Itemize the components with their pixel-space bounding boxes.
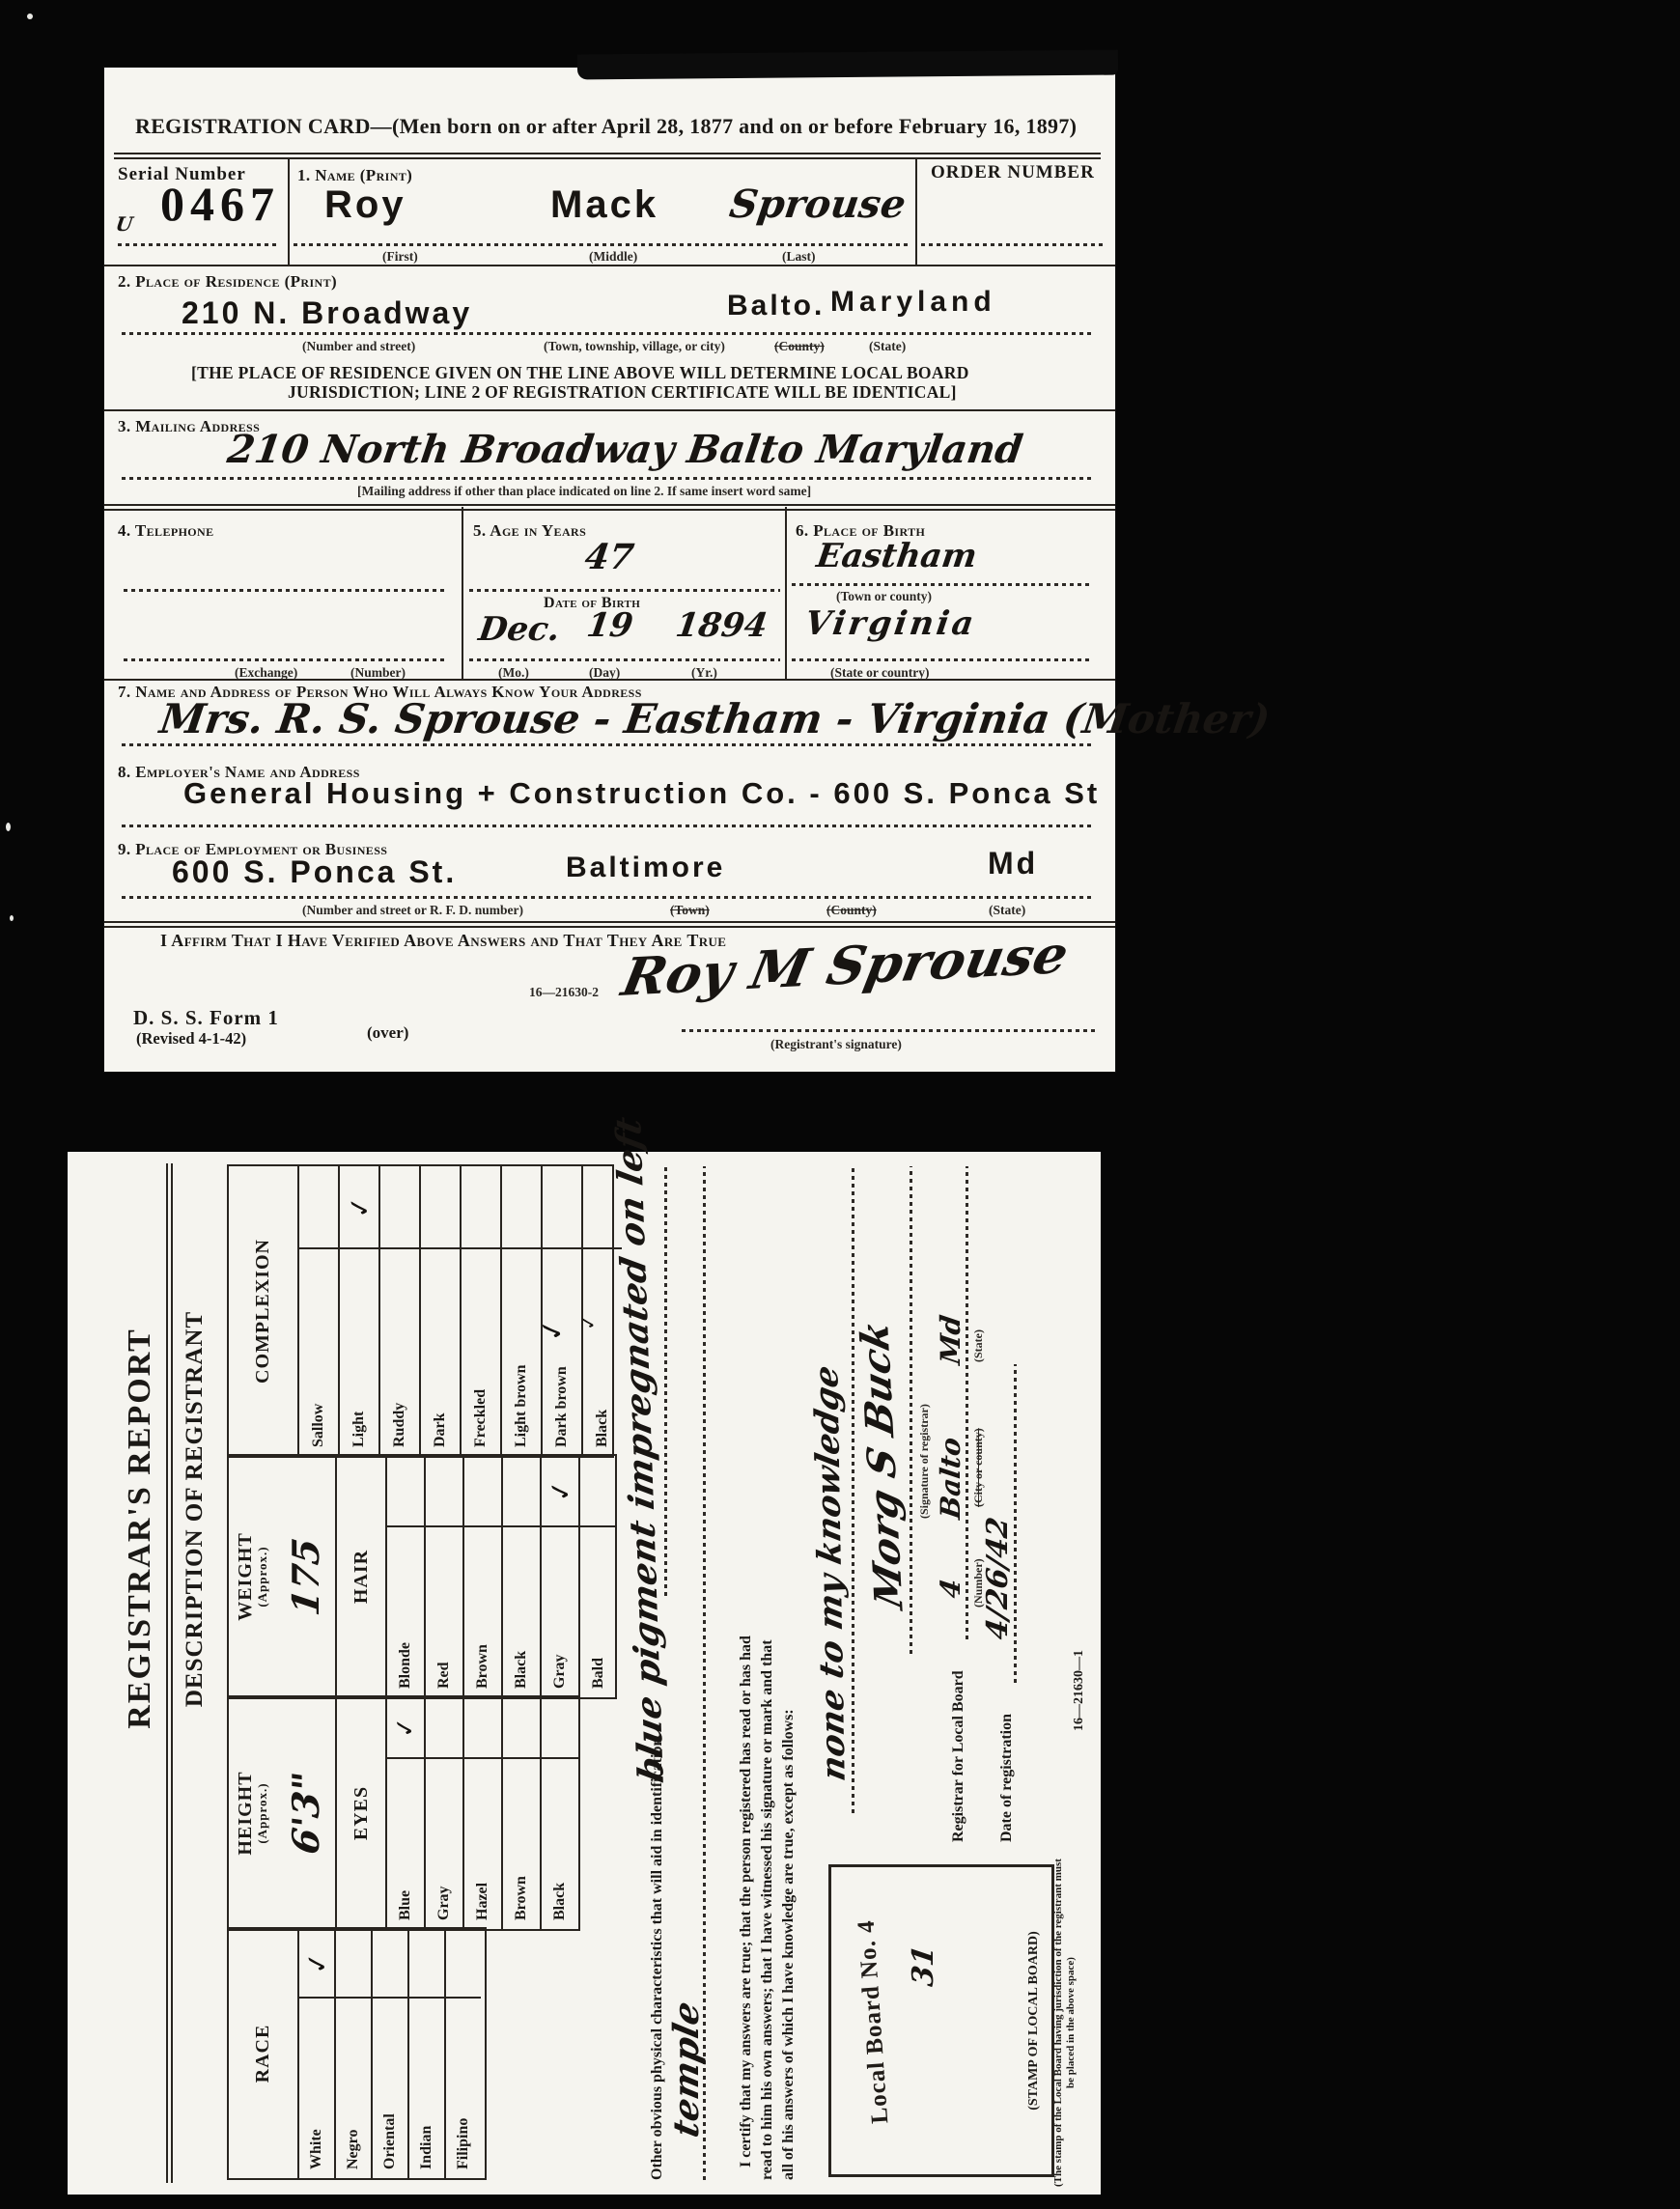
eyes-check-cell (503, 1697, 540, 1759)
eyes-option: Hazel (464, 1759, 501, 1929)
residence-line (122, 332, 1093, 335)
telephone-label: 4. Telephone (118, 521, 214, 541)
residence-state-value: Maryland (830, 286, 996, 319)
complexion-option: Dark (421, 1249, 460, 1456)
registration-card-back-wrapper: REGISTRAR'S REPORT DESCRIPTION OF REGIST… (68, 1152, 1101, 2195)
print-code: 16—21630-2 (529, 985, 599, 1000)
employer-line (122, 825, 1093, 827)
checkmark-icon: ✓ (390, 1716, 421, 1740)
scan-tear-artifact (577, 50, 1118, 80)
card-header: REGISTRATION CARD—(Men born on or after … (135, 114, 1077, 139)
employment-line (122, 896, 1093, 899)
name-line (294, 243, 910, 246)
dob-month-value: Dec. (476, 610, 562, 649)
signature-line (682, 1029, 1095, 1032)
race-check-cell (446, 1929, 481, 1999)
hair-option: Red (426, 1527, 462, 1697)
height-approx: (Approx.) (256, 1782, 269, 1843)
board-state-value: Md (935, 1313, 966, 1366)
checkmark-icon: ✓ (342, 1193, 377, 1220)
header-rule (114, 153, 1101, 159)
age-value: 47 (582, 537, 636, 577)
mailing-line (122, 477, 1093, 480)
stamp-of-local-board-label: (STAMP OF LOCAL BOARD) (1026, 1867, 1042, 2174)
dob-year-value: 1894 (673, 606, 770, 645)
complexion-check-cell (543, 1166, 581, 1249)
complexion-check-cell (299, 1166, 338, 1249)
local-board-stamp-text: Local Board No. 4 (851, 1878, 898, 2165)
eyes-header: EYES (335, 1697, 385, 1929)
complexion-check-cell (380, 1166, 419, 1249)
board-line-label: Registrar for Local Board (948, 1670, 969, 1842)
form-id: D. S. S. Form 1 (133, 1006, 279, 1030)
hair-header: HAIR (335, 1456, 385, 1697)
stamp-caption: (The stamp of the Local Board having jur… (1052, 1859, 1077, 2187)
weight-hair-column: WEIGHT (Approx.) 175 HAIR Blonde Red Bro… (227, 1454, 617, 1699)
checkmark-icon: ✓ (299, 1949, 334, 1976)
divider (785, 507, 787, 679)
section-rule (104, 921, 1115, 928)
divider (288, 159, 290, 266)
serial-line (118, 243, 280, 246)
complexion-check-cell (502, 1166, 541, 1249)
sub-town-or-county: (Town or county) (836, 589, 932, 604)
hair-check-cell (387, 1456, 424, 1527)
characteristics-line-1 (664, 1166, 667, 1596)
form-revision: (Revised 4-1-42) (136, 1029, 246, 1049)
race-option: Filipino (446, 1999, 481, 2178)
weight-header: WEIGHT (Approx.) (229, 1456, 275, 1697)
stamp-number: 31 (907, 1943, 940, 1989)
race-option: Negro (336, 1999, 371, 2178)
eyes-option: Blue (387, 1759, 424, 1929)
eyes-check-cell (464, 1697, 501, 1759)
checkmark-icon: ✓ (575, 1313, 601, 1331)
board-city-value: Balto (935, 1436, 966, 1522)
race-option: Oriental (373, 1999, 407, 2178)
residence-street-value: 210 N. Broadway (182, 295, 472, 331)
race-check-cell (373, 1929, 407, 1999)
eyes-check-cell: ✓ (387, 1697, 424, 1759)
complexion-option: Sallow (299, 1249, 338, 1456)
weight-value: 175 (284, 1535, 327, 1618)
height-value-cell: 6'3" (275, 1697, 335, 1929)
race-column: RACE White✓ Negro Oriental Indian Filipi… (227, 1927, 487, 2180)
hair-option: Black (503, 1527, 540, 1697)
sub-number-street: (Number and street) (302, 339, 415, 354)
height-header: HEIGHT (Approx.) (229, 1697, 275, 1929)
dob-line (469, 658, 780, 661)
section-rule (104, 504, 1115, 511)
employer-value: General Housing + Construction Co. - 600… (183, 776, 1100, 811)
complexion-option: Freckled (462, 1249, 500, 1456)
mailing-value: 210 North Broadway Balto Maryland (225, 427, 1025, 472)
report-subtitle: DESCRIPTION OF REGISTRANT (182, 1210, 209, 1808)
hair-check-cell (503, 1456, 540, 1527)
hair-option: Brown (464, 1527, 501, 1697)
date-line-label: Date of registration (996, 1714, 1018, 1842)
eyes-option: Gray (426, 1759, 462, 1929)
sub-county: (County) (774, 339, 825, 354)
employment-state-value: Md (988, 846, 1038, 881)
sub-middle: (Middle) (589, 249, 637, 265)
name-label: 1. Name (Print) (297, 166, 412, 185)
height-header-text: HEIGHT (236, 1771, 256, 1855)
birthplace-state-value: Virginia (802, 604, 979, 643)
jurisdiction-note-1: [THE PLACE OF RESIDENCE GIVEN ON THE LIN… (191, 363, 969, 383)
scan-speck (10, 915, 14, 921)
eyes-check-cell (426, 1697, 462, 1759)
registration-card-front: REGISTRATION CARD—(Men born on or after … (104, 68, 1115, 1072)
title-rule (166, 1163, 173, 2183)
complexion-check-cell: ✓ (340, 1166, 378, 1249)
date-value: 4/26/42 (981, 1515, 1015, 1641)
complexion-column: COMPLEXION Sallow Light✓ Ruddy Dark Frec… (227, 1164, 614, 1458)
sub-board-state: (State) (971, 1329, 986, 1362)
sub-street-rfd: (Number and street or R. F. D. number) (302, 903, 523, 918)
sub-town: (Town, township, village, or city) (544, 339, 725, 354)
divider (462, 507, 463, 679)
certify-line-3: all of his answers of which I have knowl… (778, 1709, 799, 2180)
board-number-value: 4 (935, 1577, 966, 1600)
employment-street-value: 600 S. Ponca St. (172, 854, 457, 890)
hair-check-cell (464, 1456, 501, 1527)
sub-state: (State) (869, 339, 906, 354)
sub-state-9: (State) (989, 903, 1025, 918)
characteristics-label: Other obvious physical characteristics t… (647, 1738, 668, 2180)
hair-option: Gray (542, 1527, 578, 1697)
serial-number-value: 0467 (160, 176, 280, 232)
complexion-option: Light (340, 1249, 378, 1456)
race-option: White (299, 1999, 334, 2178)
complexion-option: Dark brown (543, 1249, 581, 1456)
hair-check-cell (580, 1456, 617, 1527)
row-rule (104, 265, 1115, 266)
hair-check-cell: ✓ (542, 1456, 578, 1527)
telephone-line-2 (124, 658, 447, 661)
weight-value-cell: 175 (275, 1456, 335, 1697)
height-value: 6'3" (284, 1770, 327, 1858)
registrars-report-card: REGISTRAR'S REPORT DESCRIPTION OF REGIST… (68, 1152, 1101, 2195)
race-check-cell (409, 1929, 444, 1999)
mailing-sub: [Mailing address if other than place ind… (357, 484, 811, 499)
hair-option: Blonde (387, 1527, 424, 1697)
employment-town-value: Baltimore (566, 852, 725, 884)
report-title: REGISTRAR'S REPORT (122, 1229, 158, 1828)
name-middle-value: Mack (550, 183, 658, 227)
contact-line (122, 743, 1093, 746)
divider (915, 159, 917, 266)
contact-value: Mrs. R. S. Sprouse - Eastham - Virginia … (157, 695, 1274, 742)
row-rule (104, 409, 1115, 411)
dob-day-value: 19 (584, 606, 635, 645)
name-last-value: Sprouse (727, 182, 909, 227)
name-first-value: Roy (324, 183, 406, 227)
certify-answer-value: none to my knowledge (807, 1362, 853, 1784)
hair-option: Bald (580, 1527, 617, 1697)
certify-line-2: read to him his own answers; that I have… (757, 1639, 778, 2180)
over-label: (over) (367, 1023, 408, 1043)
sub-county-9: (County) (826, 903, 877, 918)
residence-town-value: Balto. (727, 290, 825, 322)
telephone-line-1 (124, 589, 447, 592)
birthplace-state-line (792, 658, 1093, 661)
registrar-signature-sub: (Signature of registrar) (917, 1404, 932, 1519)
eyes-option: Brown (503, 1759, 540, 1929)
serial-prefix: U (114, 212, 134, 236)
scan-speck (27, 14, 33, 19)
certify-line-1: I certify that my answers are true; that… (736, 1636, 757, 2167)
race-check-cell (336, 1929, 371, 1999)
sub-last: (Last) (782, 249, 816, 265)
eyes-check-cell (542, 1697, 578, 1759)
registrant-signature-sub: (Registrant's signature) (770, 1037, 902, 1052)
registrar-signature-value: Morg S Buck (852, 1317, 911, 1613)
height-eyes-column: HEIGHT (Approx.) 6'3" EYES Blue✓ Gray Ha… (227, 1695, 580, 1931)
residence-label: 2. Place of Residence (Print) (118, 272, 337, 292)
eyes-option: Black (542, 1759, 578, 1929)
complexion-check-cell (462, 1166, 500, 1249)
weight-header-text: WEIGHT (236, 1532, 256, 1621)
back-print-code: 16—21630—1 (1072, 1650, 1087, 1731)
sub-first: (First) (382, 249, 418, 265)
complexion-header: COMPLEXION (229, 1166, 297, 1456)
birthplace-town-line (792, 583, 1093, 586)
board-line-rule (966, 1166, 968, 1639)
sub-board-city: (City or county) (971, 1428, 986, 1507)
race-check-cell: ✓ (299, 1929, 334, 1999)
age-line (469, 589, 780, 592)
stamp-box: Local Board No. 4 31 (STAMP OF LOCAL BOA… (828, 1864, 1054, 2177)
sub-town-9: (Town) (670, 903, 710, 918)
weight-approx: (Approx.) (256, 1546, 269, 1607)
checkmark-icon: ✓ (543, 1477, 578, 1505)
row-rule (104, 679, 1115, 681)
complexion-option: Light brown (502, 1249, 541, 1456)
complexion-check-cell (421, 1166, 460, 1249)
order-number-label: ORDER NUMBER (931, 162, 1095, 183)
jurisdiction-note-2: JURISDICTION; LINE 2 OF REGISTRATION CER… (288, 382, 957, 403)
complexion-option: Ruddy (380, 1249, 419, 1456)
order-number-line (921, 243, 1103, 246)
race-header: RACE (229, 1929, 297, 2178)
characteristics-value-2: temple (666, 1998, 707, 2140)
scanned-draft-card-page: REGISTRATION CARD—(Men born on or after … (0, 0, 1680, 2209)
race-option: Indian (409, 1999, 444, 2178)
scan-speck (6, 823, 11, 831)
birthplace-town-value: Eastham (814, 537, 979, 575)
age-label: 5. Age in Years (473, 521, 586, 541)
hair-check-cell (426, 1456, 462, 1527)
